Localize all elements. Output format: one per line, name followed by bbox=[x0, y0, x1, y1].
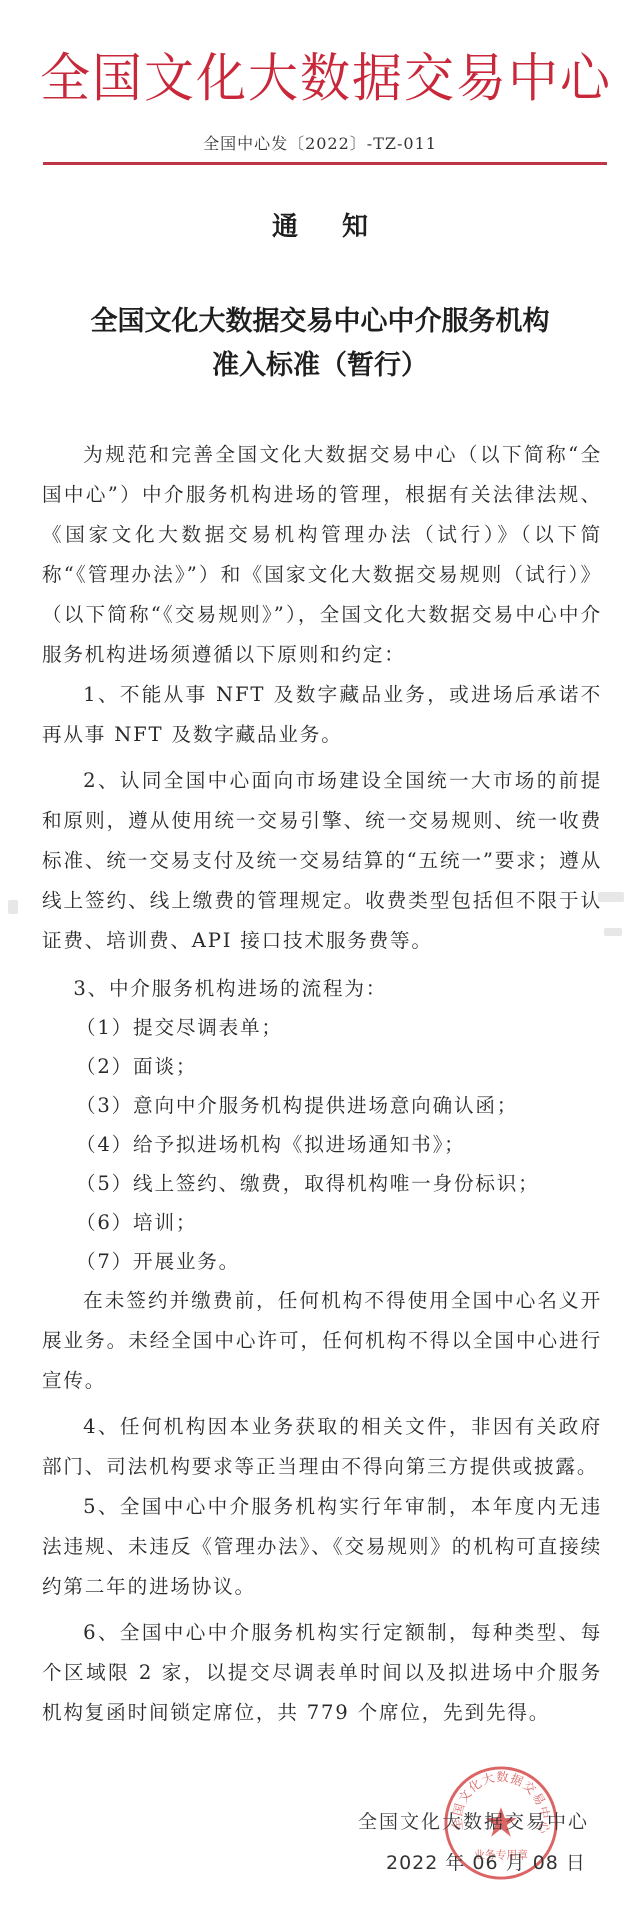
letterhead-char: 全 bbox=[40, 47, 90, 110]
notice-label: 通知 bbox=[0, 211, 640, 243]
notice-char: 通 bbox=[272, 211, 298, 243]
letterhead-char: 国 bbox=[92, 47, 142, 110]
letterhead-char: 据 bbox=[352, 47, 402, 110]
letterhead-title: 全 国 文 化 大 数 据 交 易 中 心 bbox=[40, 48, 610, 108]
process-step: （4）给予拟进场机构《拟进场通知书》； bbox=[42, 1125, 602, 1164]
letterhead-char: 中 bbox=[508, 47, 558, 110]
letterhead-char: 交 bbox=[404, 47, 454, 110]
clause-4: 4、任何机构因本业务获取的相关文件，非因有关政府部门、司法机构要求等正当理由不得… bbox=[42, 1407, 602, 1487]
process-step: （2）面谈； bbox=[42, 1047, 602, 1086]
process-step: （1）提交尽调表单； bbox=[42, 1008, 602, 1047]
scan-artifact bbox=[8, 900, 18, 914]
intro-paragraph: 为规范和完善全国文化大数据交易中心（以下简称“全国中心”）中介服务机构进场的管理… bbox=[42, 435, 602, 675]
clause-3-heading: 3、中介服务机构进场的流程为： bbox=[42, 969, 602, 1008]
process-step: （6）培训； bbox=[42, 1203, 602, 1242]
notice-char: 知 bbox=[342, 211, 368, 243]
process-step: （3）意向中介服务机构提供进场意向确认函； bbox=[42, 1086, 602, 1125]
document-title-line1: 全国文化大数据交易中心中介服务机构 bbox=[0, 300, 640, 344]
letterhead-char: 化 bbox=[196, 47, 246, 110]
scan-artifact bbox=[598, 892, 624, 902]
letterhead-divider bbox=[43, 162, 607, 165]
document-title: 全国文化大数据交易中心中介服务机构 准入标准（暂行） bbox=[0, 300, 640, 388]
clause-1: 1、不能从事 NFT 及数字藏品业务，或进场后承诺不再从事 NFT 及数字藏品业… bbox=[42, 675, 602, 755]
clause-6: 6、全国中心中介服务机构实行定额制，每种类型、每个区域限 2 家，以提交尽调表单… bbox=[42, 1613, 602, 1733]
letterhead-char: 文 bbox=[144, 47, 194, 110]
process-step: （7）开展业务。 bbox=[42, 1242, 602, 1281]
process-step: （5）线上签约、缴费，取得机构唯一身份标识； bbox=[42, 1164, 602, 1203]
document-number: 全国中心发〔2022〕-TZ-011 bbox=[0, 133, 640, 155]
letterhead-char: 大 bbox=[248, 47, 298, 110]
letterhead-char: 心 bbox=[560, 47, 610, 110]
letterhead-char: 数 bbox=[300, 47, 350, 110]
clause-5: 5、全国中心中介服务机构实行年审制，本年度内无违法违规、未违反《管理办法》、《交… bbox=[42, 1487, 602, 1607]
scan-artifact bbox=[604, 928, 622, 936]
document-title-line2: 准入标准（暂行） bbox=[0, 344, 640, 388]
signature-organization: 全国文化大数据交易中心 bbox=[358, 1808, 598, 1836]
clause-2: 2、认同全国中心面向市场建设全国统一大市场的前提和原则，遵从使用统一交易引擎、统… bbox=[42, 761, 602, 961]
clause-3-note: 在未签约并缴费前，任何机构不得使用全国中心名义开展业务。未经全国中心许可，任何机… bbox=[42, 1281, 602, 1401]
letterhead-char: 易 bbox=[456, 47, 506, 110]
signature-date: 2022 年 06 月 08 日 bbox=[386, 1849, 586, 1877]
document-body: 为规范和完善全国文化大数据交易中心（以下简称“全国中心”）中介服务机构进场的管理… bbox=[42, 435, 602, 1733]
